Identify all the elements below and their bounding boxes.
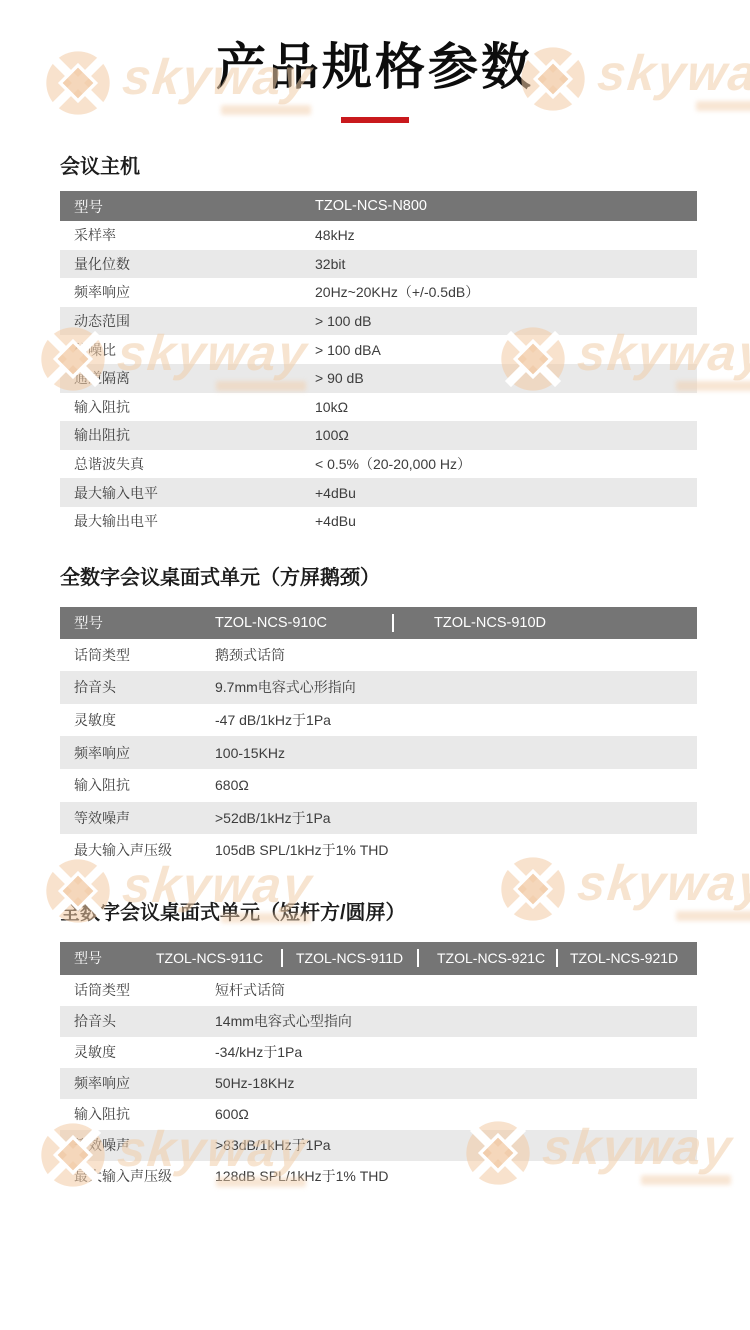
spec-label: 话筒类型	[60, 645, 215, 665]
spec-label: 输入阻抗	[60, 775, 215, 795]
model-header-cell: TZOL-NCS-910C	[215, 615, 392, 631]
spec-label: 量化位数	[60, 254, 315, 274]
spec-value: < 0.5%（20-20,000 Hz）	[315, 454, 697, 474]
title-block: 产品规格参数	[0, 0, 750, 123]
table-row: 最大输入电平+4dBu	[60, 478, 697, 507]
spec-label: 最大输入声压级	[60, 840, 215, 860]
spec-value: >52dB/1kHz于1Pa	[215, 808, 697, 828]
spec-label: 话筒类型	[60, 980, 215, 1000]
spec-value: 100Ω	[315, 427, 697, 443]
table-row: 总谐波失真< 0.5%（20-20,000 Hz）	[60, 450, 697, 479]
spec-label: 灵敏度	[60, 710, 215, 730]
spec-table-desktop-unit-short-rod: 型号 TZOL-NCS-911C TZOL-NCS-911D TZOL-NCS-…	[60, 942, 697, 1192]
spec-value: 鹅颈式话筒	[215, 645, 697, 665]
table-row: 拾音头9.7mm电容式心形指向	[60, 671, 697, 704]
table-row: 拾音头14mm电容式心型指向	[60, 1006, 697, 1037]
table-row: 输入阻抗680Ω	[60, 769, 697, 802]
model-header-label: 型号	[60, 948, 156, 968]
spec-label: 通道隔离	[60, 368, 315, 388]
spec-value: +4dBu	[315, 485, 697, 501]
spec-value: 128dB SPL/1kHz于1% THD	[215, 1166, 697, 1186]
model-header-cell: TZOL-NCS-921C	[419, 950, 556, 966]
table-row: 频率响应20Hz~20KHz（+/-0.5dB）	[60, 278, 697, 307]
table-row: 通道隔离> 90 dB	[60, 364, 697, 393]
spec-label: 等效噪声	[60, 808, 215, 828]
section-heading-desktop-unit-short-rod: 全数字会议桌面式单元（短杆方/圆屏）	[60, 902, 750, 925]
table-row: 话筒类型鹅颈式话筒	[60, 639, 697, 672]
spec-value: 20Hz~20KHz（+/-0.5dB）	[315, 282, 697, 302]
title-underline	[341, 117, 409, 123]
spec-value: 9.7mm电容式心形指向	[215, 677, 697, 697]
spec-label: 采样率	[60, 225, 315, 245]
spec-label: 等效噪声	[60, 1135, 215, 1155]
spec-label: 频率响应	[60, 1073, 215, 1093]
spec-value: 100-15KHz	[215, 745, 697, 761]
spec-value: 短杆式话筒	[215, 980, 697, 1000]
table-row: 等效噪声>52dB/1kHz于1Pa	[60, 802, 697, 835]
page-title: 产品规格参数	[0, 38, 750, 96]
model-header-label: 型号	[60, 196, 315, 217]
model-header-cell: TZOL-NCS-911D	[283, 950, 417, 966]
model-header-label: 型号	[60, 612, 215, 633]
spec-label: 最大输入电平	[60, 483, 315, 503]
table-header-row: 型号 TZOL-NCS-910C TZOL-NCS-910D	[60, 607, 697, 639]
table-body: 话筒类型短杆式话筒 拾音头14mm电容式心型指向 灵敏度-34/kHz于1Pa …	[60, 975, 697, 1192]
spec-label: 输入阻抗	[60, 397, 315, 417]
table-row: 采样率48kHz	[60, 221, 697, 250]
spec-table-conference-host: 型号 TZOL-NCS-N800 采样率48kHz 量化位数32bit 频率响应…	[60, 191, 697, 536]
table-row: 最大输出电平+4dBu	[60, 507, 697, 536]
table-row: 最大输入声压级105dB SPL/1kHz于1% THD	[60, 834, 697, 867]
spec-value: > 100 dB	[315, 313, 697, 329]
table-body: 采样率48kHz 量化位数32bit 频率响应20Hz~20KHz（+/-0.5…	[60, 221, 697, 536]
model-header-cell: TZOL-NCS-921D	[558, 950, 697, 966]
spec-label: 信噪比	[60, 340, 315, 360]
table-row: 输入阻抗600Ω	[60, 1099, 697, 1130]
spec-value: -47 dB/1kHz于1Pa	[215, 710, 697, 730]
spec-value: > 90 dB	[315, 370, 697, 386]
spec-label: 频率响应	[60, 282, 315, 302]
table-row: 动态范围> 100 dB	[60, 307, 697, 336]
spec-table-desktop-unit-gooseneck: 型号 TZOL-NCS-910C TZOL-NCS-910D 话筒类型鹅颈式话筒…	[60, 607, 697, 867]
spec-value: -34/kHz于1Pa	[215, 1042, 697, 1062]
model-header-cell: TZOL-NCS-911C	[156, 950, 281, 966]
spec-label: 输入阻抗	[60, 1104, 215, 1124]
table-row: 频率响应100-15KHz	[60, 736, 697, 769]
spec-value: 680Ω	[215, 777, 697, 793]
section-heading-desktop-unit-gooseneck: 全数字会议桌面式单元（方屏鹅颈）	[60, 567, 750, 590]
spec-label: 最大输入声压级	[60, 1166, 215, 1186]
table-row: 等效噪声>83dB/1kHz于1Pa	[60, 1130, 697, 1161]
table-body: 话筒类型鹅颈式话筒 拾音头9.7mm电容式心形指向 灵敏度-47 dB/1kHz…	[60, 639, 697, 867]
table-header-row: 型号 TZOL-NCS-N800	[60, 191, 697, 221]
spec-label: 总谐波失真	[60, 454, 315, 474]
spec-value: 48kHz	[315, 227, 697, 243]
section-heading-conference-host: 会议主机	[60, 156, 750, 179]
spec-label: 拾音头	[60, 1011, 215, 1031]
table-row: 频率响应50Hz-18KHz	[60, 1068, 697, 1099]
table-row: 量化位数32bit	[60, 250, 697, 279]
model-header-cell: TZOL-NCS-N800	[315, 198, 427, 214]
table-row: 最大输入声压级128dB SPL/1kHz于1% THD	[60, 1161, 697, 1192]
spec-label: 最大输出电平	[60, 511, 315, 531]
spec-value: >83dB/1kHz于1Pa	[215, 1135, 697, 1155]
spec-value: 600Ω	[215, 1106, 697, 1122]
table-row: 灵敏度-34/kHz于1Pa	[60, 1037, 697, 1068]
spec-value: > 100 dBA	[315, 342, 697, 358]
table-row: 信噪比> 100 dBA	[60, 335, 697, 364]
table-header-row: 型号 TZOL-NCS-911C TZOL-NCS-911D TZOL-NCS-…	[60, 942, 697, 975]
spec-label: 输出阻抗	[60, 425, 315, 445]
spec-value: 32bit	[315, 256, 697, 272]
spec-value: 50Hz-18KHz	[215, 1075, 697, 1091]
spec-label: 频率响应	[60, 743, 215, 763]
table-row: 灵敏度-47 dB/1kHz于1Pa	[60, 704, 697, 737]
table-row: 输入阻抗10kΩ	[60, 393, 697, 422]
spec-label: 拾音头	[60, 677, 215, 697]
spec-label: 动态范围	[60, 311, 315, 331]
spec-value: 10kΩ	[315, 399, 697, 415]
spec-value: 14mm电容式心型指向	[215, 1011, 697, 1031]
spec-value: +4dBu	[315, 513, 697, 529]
table-row: 话筒类型短杆式话筒	[60, 975, 697, 1006]
model-header-cell: TZOL-NCS-910D	[394, 615, 697, 631]
spec-value: 105dB SPL/1kHz于1% THD	[215, 840, 697, 860]
spec-label: 灵敏度	[60, 1042, 215, 1062]
table-row: 输出阻抗100Ω	[60, 421, 697, 450]
